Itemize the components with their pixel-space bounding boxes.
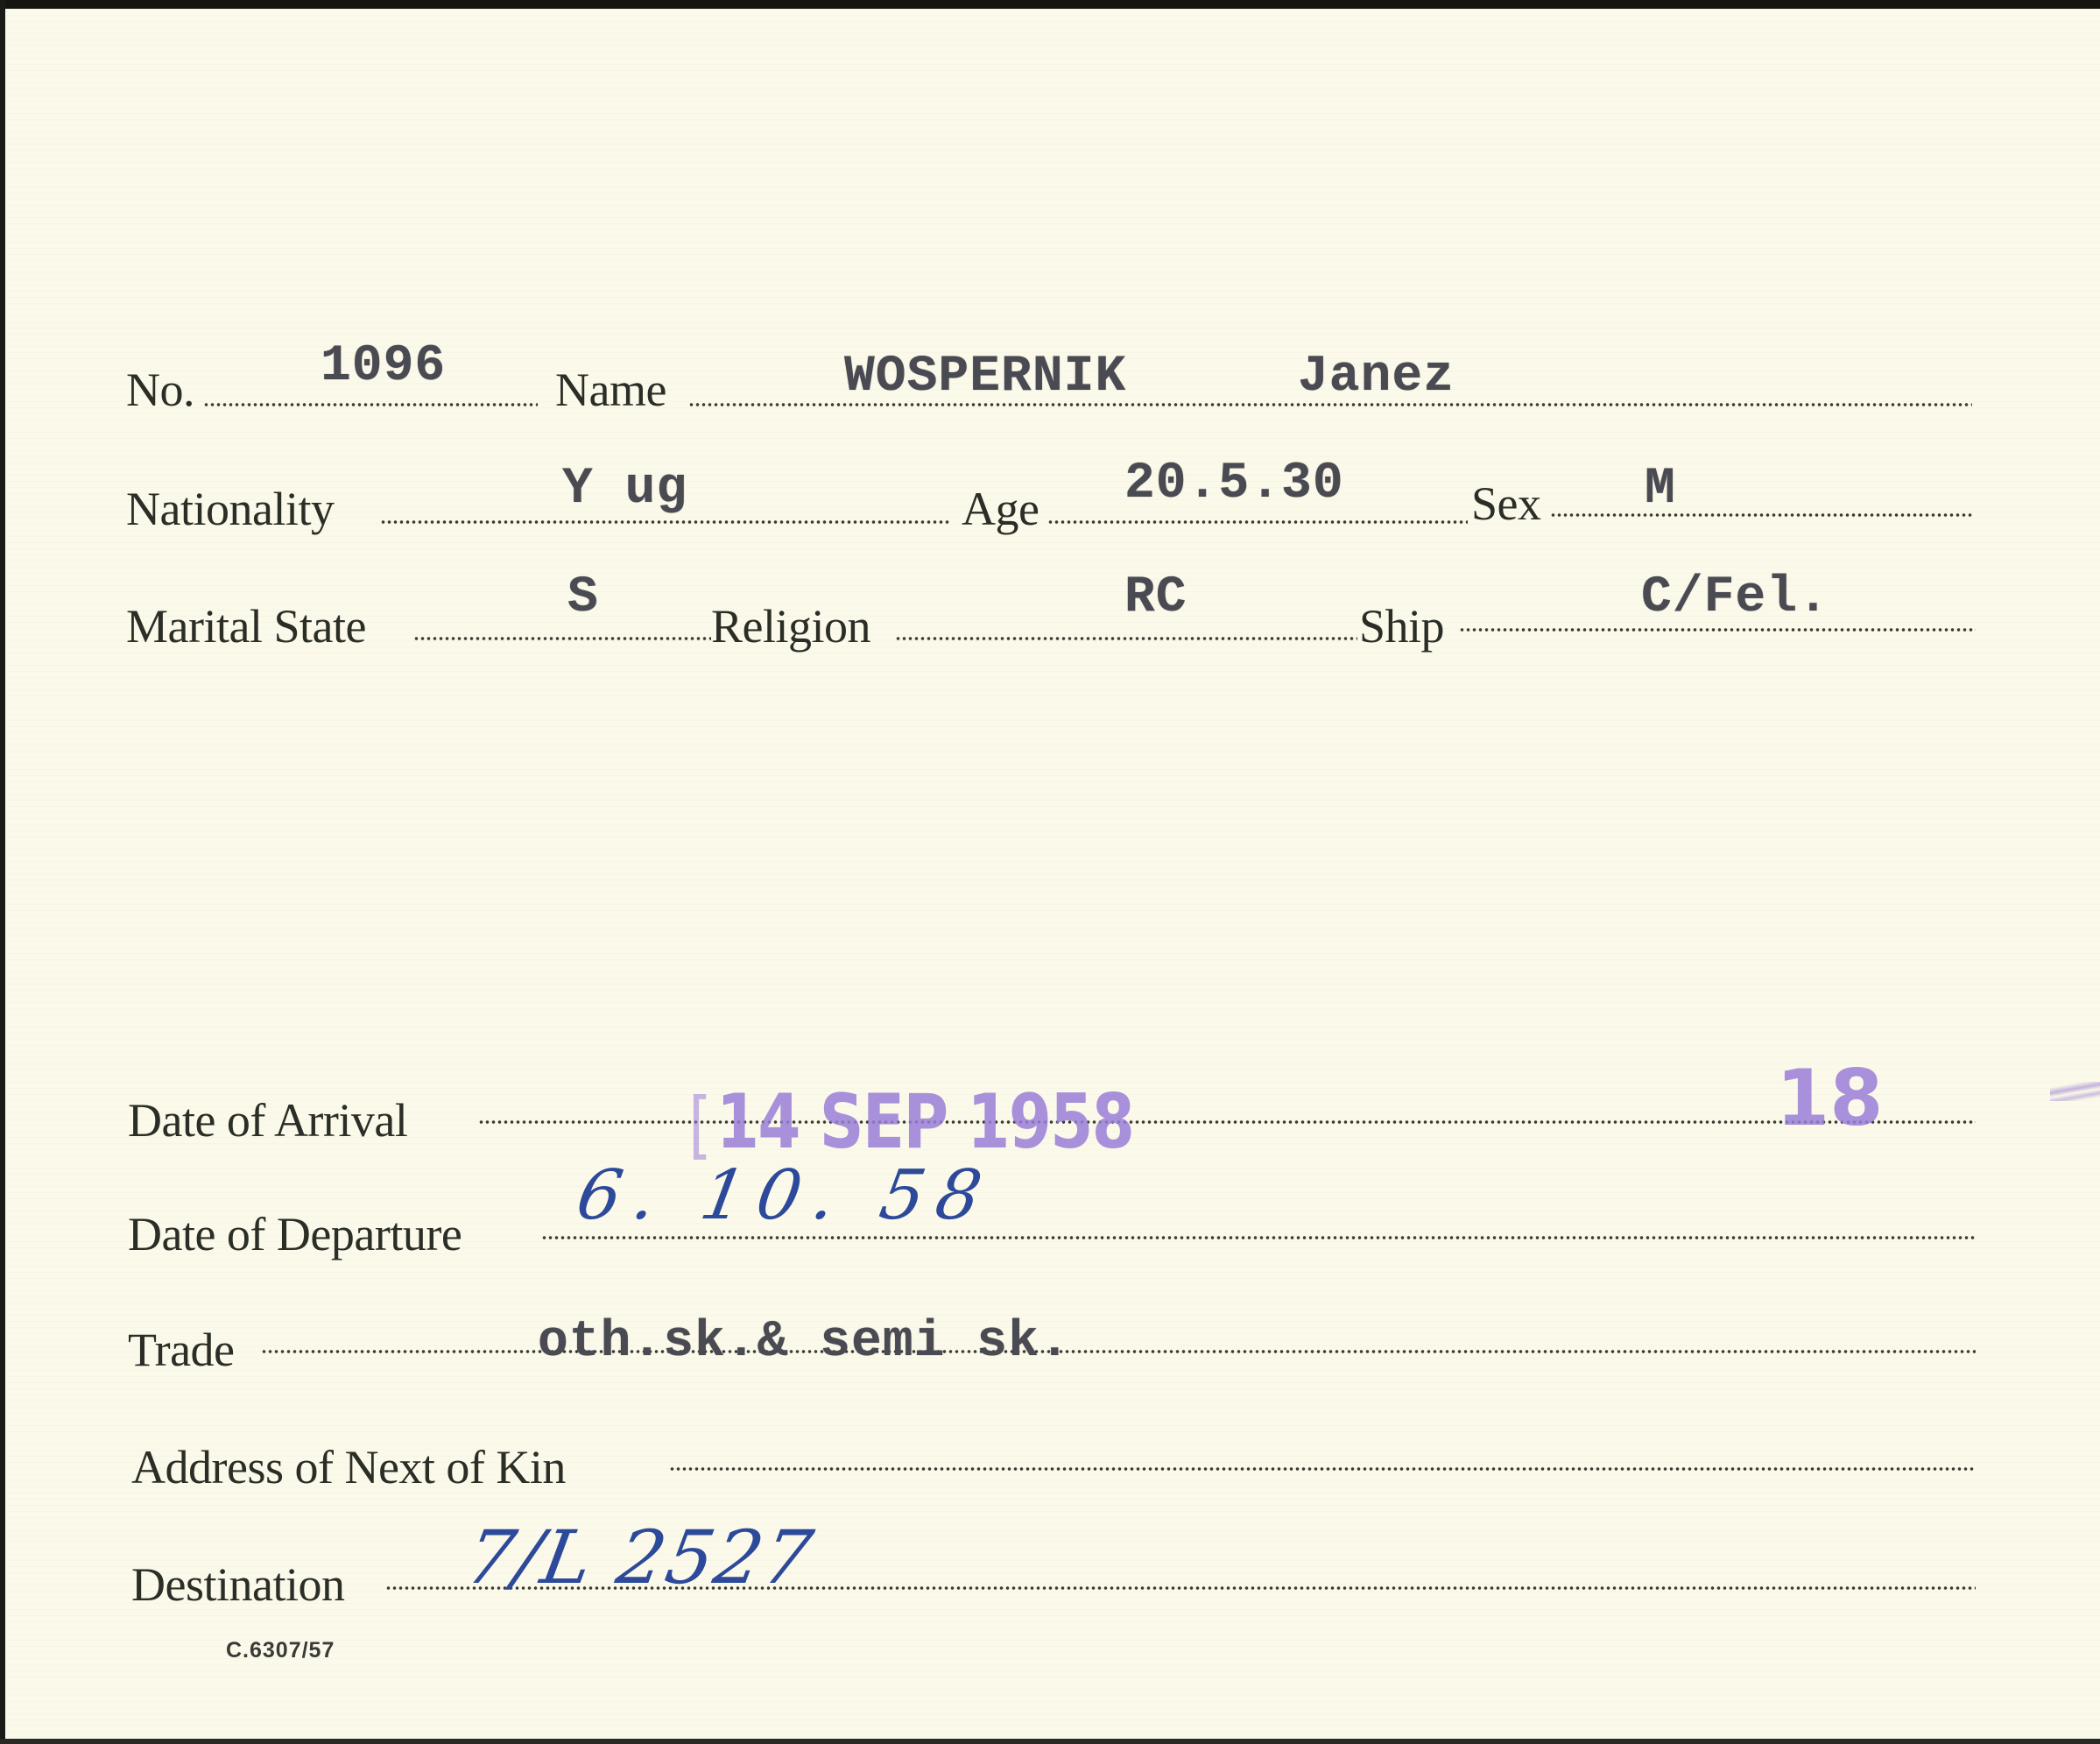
no-dotted-line [203,402,538,407]
marital-state-value: S [567,573,599,624]
nationality-label: Nationality [126,485,334,533]
destination-label: Destination [131,1561,344,1608]
no-label: No. [126,366,194,413]
trade-dotted-line [261,1349,1976,1354]
sex-label: Sex [1471,480,1541,527]
arrival-annotation-number: 18 [1776,1060,1883,1137]
marital-state-label: Marital State [126,603,366,650]
form-code: C.6307/57 [226,1638,335,1663]
trade-label: Trade [128,1326,235,1373]
address-of-next-of-kin-label: Address of Next of Kin [131,1444,566,1491]
age-label: Age [962,485,1039,533]
sex-dotted-line [1550,512,1974,518]
ship-label: Ship [1359,603,1444,650]
name-surname: WOSPERNIK [844,352,1126,403]
religion-label: Religion [711,603,870,650]
arrival-stamp-bracket: [ [688,1088,710,1161]
no-value: 1096 [321,342,446,392]
marital-state-dotted-line [413,636,711,641]
card-bottom-edge [0,1739,2100,1744]
name-label: Name [555,366,666,413]
nationality-dotted-line [380,519,951,525]
date-of-departure-dotted-line [541,1235,1976,1240]
ship-dotted-line [1459,627,1976,632]
arrival-date-stamp: 14 SEP 1958 [716,1084,1133,1160]
religion-value: RC [1124,573,1187,624]
age-value: 20.5.30 [1124,459,1344,510]
sex-value: M [1645,464,1676,515]
destination-value: 7/L 2527 [462,1521,820,1594]
name-given: Janez [1298,352,1455,403]
address-of-next-of-kin-dotted-line [669,1466,1976,1472]
trade-value: oth.sk.& semi sk. [538,1317,1071,1368]
age-dotted-line [1047,519,1468,525]
date-of-arrival-label: Date of Arrival [128,1097,407,1144]
nationality-value: Y ug [562,464,687,515]
ship-value: C/Fel. [1641,573,1829,624]
ink-smudge [2050,1082,2100,1101]
date-of-departure-label: Date of Departure [128,1211,462,1258]
date-of-departure-value: 6. 10. 58 [572,1161,998,1230]
immigration-record-card: No. 1096 Name WOSPERNIK Janez Nationalit… [5,9,2100,1739]
religion-dotted-line [895,636,1357,641]
